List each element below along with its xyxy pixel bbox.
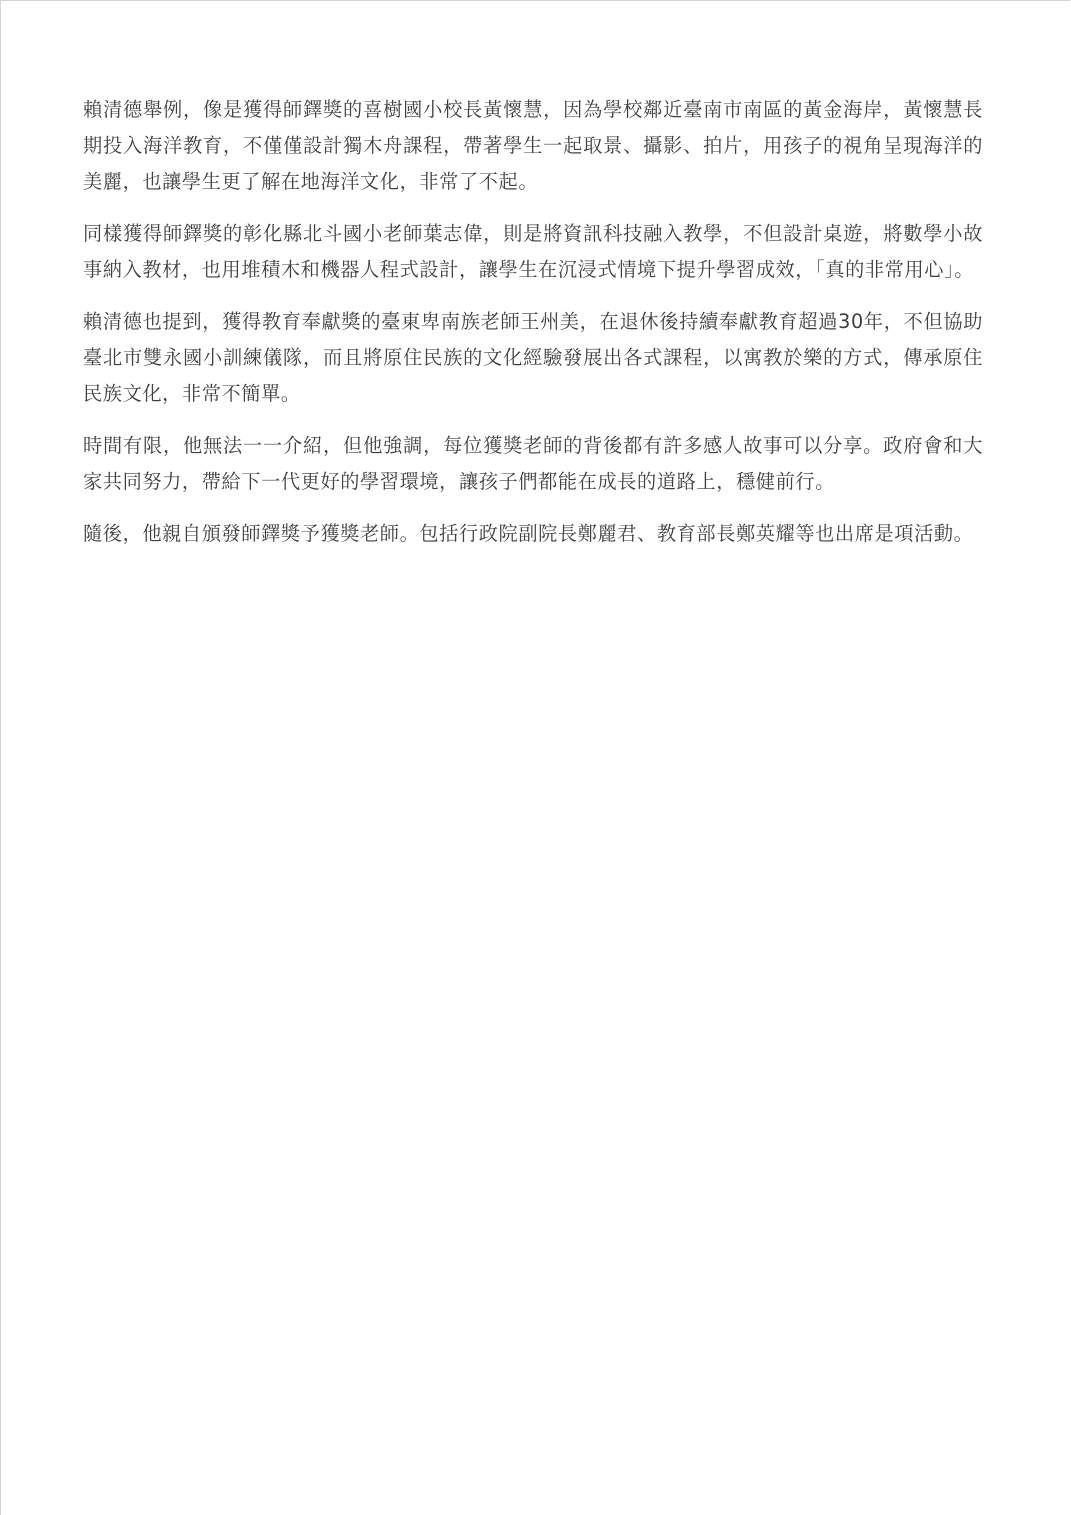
paragraph-4: 時間有限，他無法一一介紹，但他強調，每位獲獎老師的背後都有許多感人故事可以分享。… [83,428,983,500]
article-body: 賴清德舉例，像是獲得師鐸獎的喜樹國小校長黃懷慧，因為學校鄰近臺南市南區的黃金海岸… [83,92,983,568]
paragraph-3: 賴清德也提到，獲得教育奉獻獎的臺東卑南族老師王州美，在退休後持續奉獻教育超過30… [83,304,983,412]
paragraph-2: 同樣獲得師鐸獎的彰化縣北斗國小老師葉志偉，則是將資訊科技融入教學，不但設計桌遊，… [83,216,983,288]
paragraph-1: 賴清德舉例，像是獲得師鐸獎的喜樹國小校長黃懷慧，因為學校鄰近臺南市南區的黃金海岸… [83,92,983,200]
paragraph-5: 隨後，他親自頒發師鐸獎予獲獎老師。包括行政院副院長鄭麗君、教育部長鄭英耀等也出席… [83,516,983,552]
document-page: 賴清德舉例，像是獲得師鐸獎的喜樹國小校長黃懷慧，因為學校鄰近臺南市南區的黃金海岸… [0,0,1070,1515]
